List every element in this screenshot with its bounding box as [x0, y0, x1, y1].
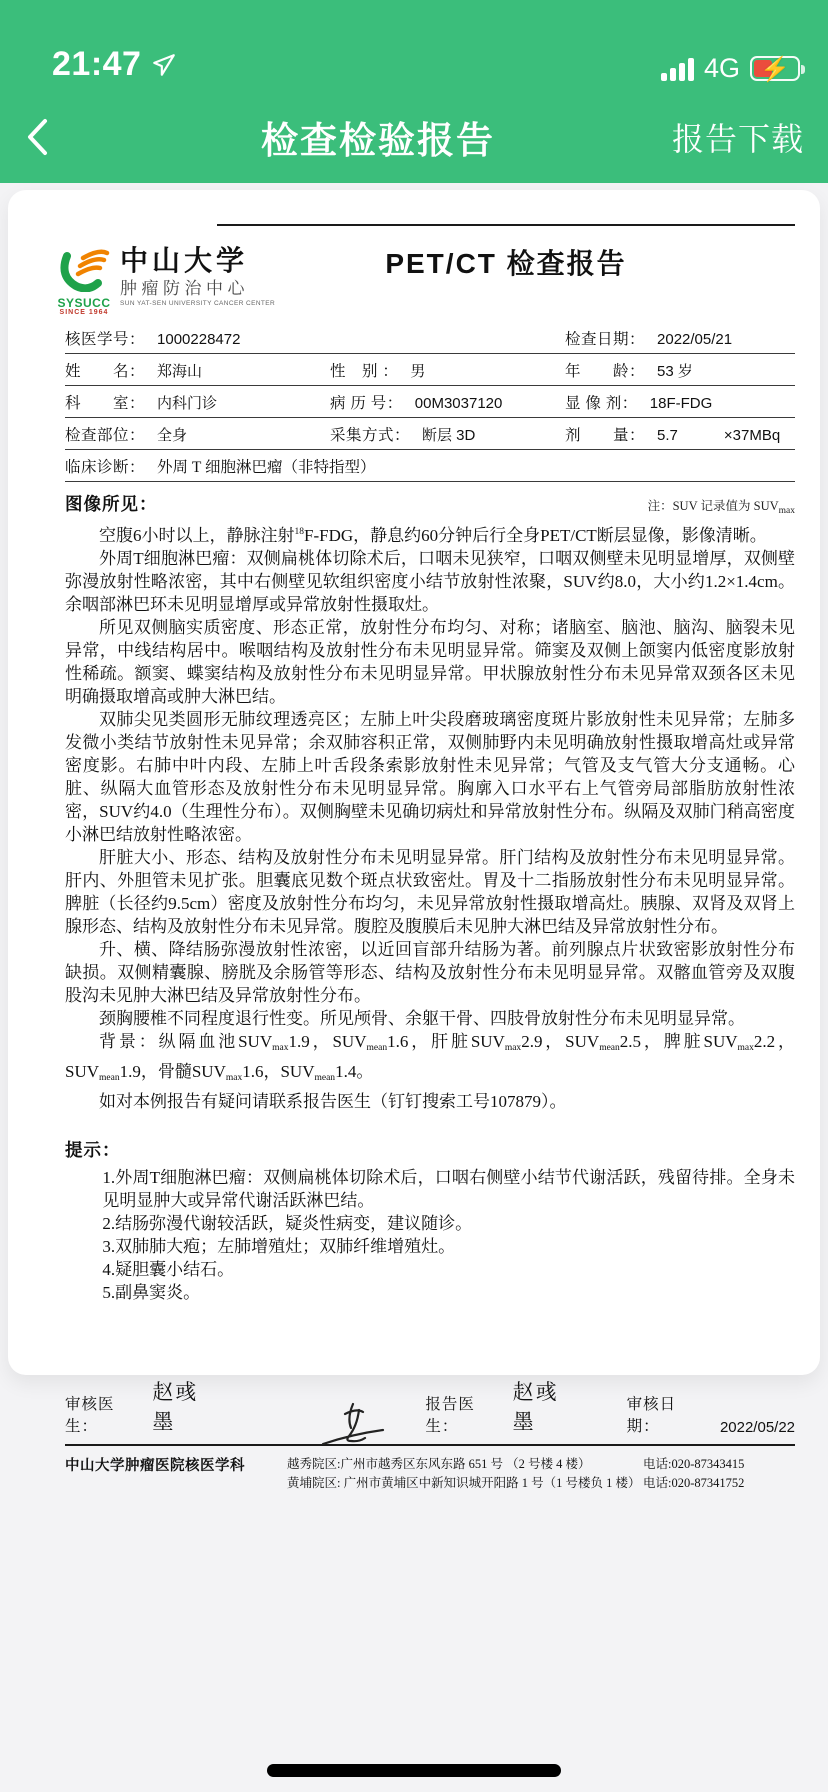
age-label: 年 龄：: [565, 363, 645, 380]
page-title: 检查检验报告: [84, 110, 672, 164]
tips-section-label: 提示：: [65, 1137, 795, 1162]
record-no-label: 病 历 号：: [330, 395, 403, 412]
info-row-exam-mode: 检查部位：全身 采集方式：断层 3D 剂 量：5.7×37MBq: [65, 418, 795, 450]
tip-item: 4.疑胆囊小结石。: [102, 1258, 795, 1281]
tips-list: 1.外周T细胞淋巴瘤：双侧扁桃体切除术后，口咽右侧壁小结节代谢活跃，残留待排。全…: [65, 1166, 795, 1304]
reporter-label: 报告医生：: [425, 1392, 506, 1436]
report-card: SYSUCC SINCE 1964 中山大学 肿瘤防治中心 SUN YAT-SE…: [8, 190, 820, 1375]
status-bar: 21:47 4G ⚡: [0, 0, 828, 90]
report-paragraph: 肝脏大小、形态、结构及放射性分布未见明显异常。肝门结构及放射性分布未见明显异常。…: [65, 846, 795, 938]
report-paragraph: 颈胸腰椎不同程度退行性变。所见颅骨、余躯干骨、四肢骨放射性分布未见明显异常。: [65, 1007, 795, 1030]
dose-value: 5.7: [657, 427, 678, 444]
network-type-label: 4G: [704, 53, 740, 84]
diagnosis-value: 外周 T 细胞淋巴瘤（非特指型）: [157, 459, 375, 476]
info-row-exam: 核医学号：1000228472 检查日期：2022/05/21: [65, 322, 795, 354]
report-paragraph: 双肺尖见类圆形无肺纹理透亮区；左肺上叶尖段磨玻璃密度斑片影放射性未见异常；左肺多…: [65, 708, 795, 846]
info-row-diagnosis: 临床诊断：外周 T 细胞淋巴瘤（非特指型）: [65, 450, 795, 482]
suv-note: 注：SUV 记录值为 SUVmax: [648, 496, 795, 516]
hospital-logo-icon: [57, 246, 111, 292]
campus-address: 黄埔院区: 广州市黄埔区中新知识城开阳路 1 号（1 号楼负 1 楼）: [287, 1474, 643, 1493]
navigation-bar: 检查检验报告 报告下载: [0, 90, 828, 183]
report-header: SYSUCC SINCE 1964 中山大学 肿瘤防治中心 SUN YAT-SE…: [65, 224, 795, 322]
name-label: 姓 名：: [65, 363, 145, 380]
chevron-left-icon: [24, 117, 50, 157]
hospital-abbr: SYSUCC: [55, 297, 113, 309]
review-date-label: 审核日期：: [627, 1392, 708, 1436]
reviewer-label: 审核医生：: [65, 1392, 146, 1436]
dept-label: 科 室：: [65, 395, 145, 412]
region-value: 全身: [157, 427, 187, 444]
app-header: 21:47 4G ⚡ 检查检验报告 报告下载: [0, 0, 828, 183]
record-no-value: 00M3037120: [415, 395, 503, 412]
location-arrow-icon: [151, 52, 177, 78]
acquisition-value: 断层 3D: [422, 427, 475, 444]
region-label: 检查部位：: [65, 427, 145, 444]
dept-value: 内科门诊: [157, 395, 217, 412]
institution-footer: 中山大学肿瘤医院核医学科 越秀院区:广州市越秀区东风东路 651 号 （2 号楼…: [65, 1455, 795, 1493]
institution-dept: 中山大学肿瘤医院核医学科: [65, 1455, 287, 1493]
hospital-center-name: 肿瘤防治中心: [120, 278, 275, 300]
campus-phone: 电话:020-87343415: [643, 1455, 795, 1474]
tip-item: 1.外周T细胞淋巴瘤：双侧扁桃体切除术后，口咽右侧壁小结节代谢活跃，残留待排。全…: [102, 1166, 795, 1212]
hospital-logo: SYSUCC SINCE 1964 中山大学 肿瘤防治中心 SUN YAT-SE…: [55, 246, 275, 316]
dose-label: 剂 量：: [565, 427, 645, 444]
signature-icon: [315, 1400, 395, 1448]
report-paragraph: 所见双侧脑实质密度、形态正常，放射性分布均匀、对称；诸脑室、脑池、脑沟、脑裂未见…: [65, 616, 795, 708]
tip-item: 2.结肠弥漫代谢较活跃，疑炎性病变，建议随诊。: [102, 1212, 795, 1235]
download-report-button[interactable]: 报告下载: [672, 114, 804, 160]
campus-address: 越秀院区:广州市越秀区东风东路 651 号 （2 号楼 4 楼）: [287, 1455, 643, 1474]
report-paragraph: 背景：纵隔血池SUVmax1.9，SUVmean1.6，肝脏SUVmax2.9，…: [65, 1030, 795, 1090]
diagnosis-label: 临床诊断：: [65, 459, 145, 476]
hospital-name: 中山大学: [120, 246, 275, 278]
age-value: 53 岁: [657, 363, 693, 380]
tracer-label: 显 像 剂：: [565, 395, 638, 412]
reporter-name: 赵彧墨: [513, 1376, 581, 1436]
report-paragraph: 升、横、降结肠弥漫放射性浓密，以近回盲部升结肠为著。前列腺点片状致密影放射性分布…: [65, 938, 795, 1007]
sex-label: 性 别 ：: [330, 363, 398, 380]
dose-unit: ×37MBq: [724, 427, 780, 444]
signoff-row: 审核医生：赵彧墨 报告医生：赵彧墨 审核日期：2022/05/22: [65, 1376, 795, 1446]
findings-paragraphs: 空腹6小时以上，静脉注射18F-FDG，静息约60分钟后行全身PET/CT断层显…: [65, 521, 795, 1113]
report-paragraph: 空腹6小时以上，静脉注射18F-FDG，静息约60分钟后行全身PET/CT断层显…: [65, 521, 795, 547]
acquisition-label: 采集方式：: [330, 427, 410, 444]
info-row-identity: 姓 名：郑海山 性 别 ：男 年 龄：53 岁: [65, 354, 795, 386]
exam-date-label: 检查日期：: [565, 331, 645, 348]
exam-no-value: 1000228472: [157, 331, 240, 348]
tip-item: 3.双肺肺大疱；左肺增殖灶；双肺纤维增殖灶。: [102, 1235, 795, 1258]
tip-item: 5.副鼻窦炎。: [102, 1281, 795, 1304]
status-time: 21:47: [52, 45, 141, 84]
campus-phone: 电话:020-87341752: [643, 1474, 795, 1493]
exam-date-value: 2022/05/21: [657, 331, 732, 348]
back-button[interactable]: [24, 107, 84, 167]
sex-value: 男: [410, 363, 425, 380]
report-paragraph: 外周T细胞淋巴瘤：双侧扁桃体切除术后，口咽未见狭窄，口咽双侧壁未见明显增厚，双侧…: [65, 547, 795, 616]
hospital-name-en: SUN YAT-SEN UNIVERSITY CANCER CENTER: [120, 300, 275, 307]
info-row-dept: 科 室：内科门诊 病 历 号：00M3037120 显 像 剂：18F-FDG: [65, 386, 795, 418]
tracer-value: 18F-FDG: [650, 395, 713, 412]
report-title: PET/CT 检查报告: [217, 242, 795, 282]
review-date-value: 2022/05/22: [720, 1419, 795, 1436]
hospital-since: SINCE 1964: [55, 309, 113, 316]
patient-info-table: 核医学号：1000228472 检查日期：2022/05/21 姓 名：郑海山 …: [65, 322, 795, 482]
findings-section-label: 图像所见：: [65, 491, 158, 516]
reviewer-name: 赵彧墨: [152, 1376, 220, 1436]
battery-charging-icon: ⚡: [750, 56, 800, 81]
name-value: 郑海山: [157, 363, 202, 380]
exam-no-label: 核医学号：: [65, 331, 145, 348]
report-paragraph: 如对本例报告有疑问请联系报告医生（钉钉搜索工号107879）。: [65, 1090, 795, 1113]
cellular-signal-icon: [661, 57, 694, 81]
home-indicator[interactable]: [267, 1764, 561, 1777]
